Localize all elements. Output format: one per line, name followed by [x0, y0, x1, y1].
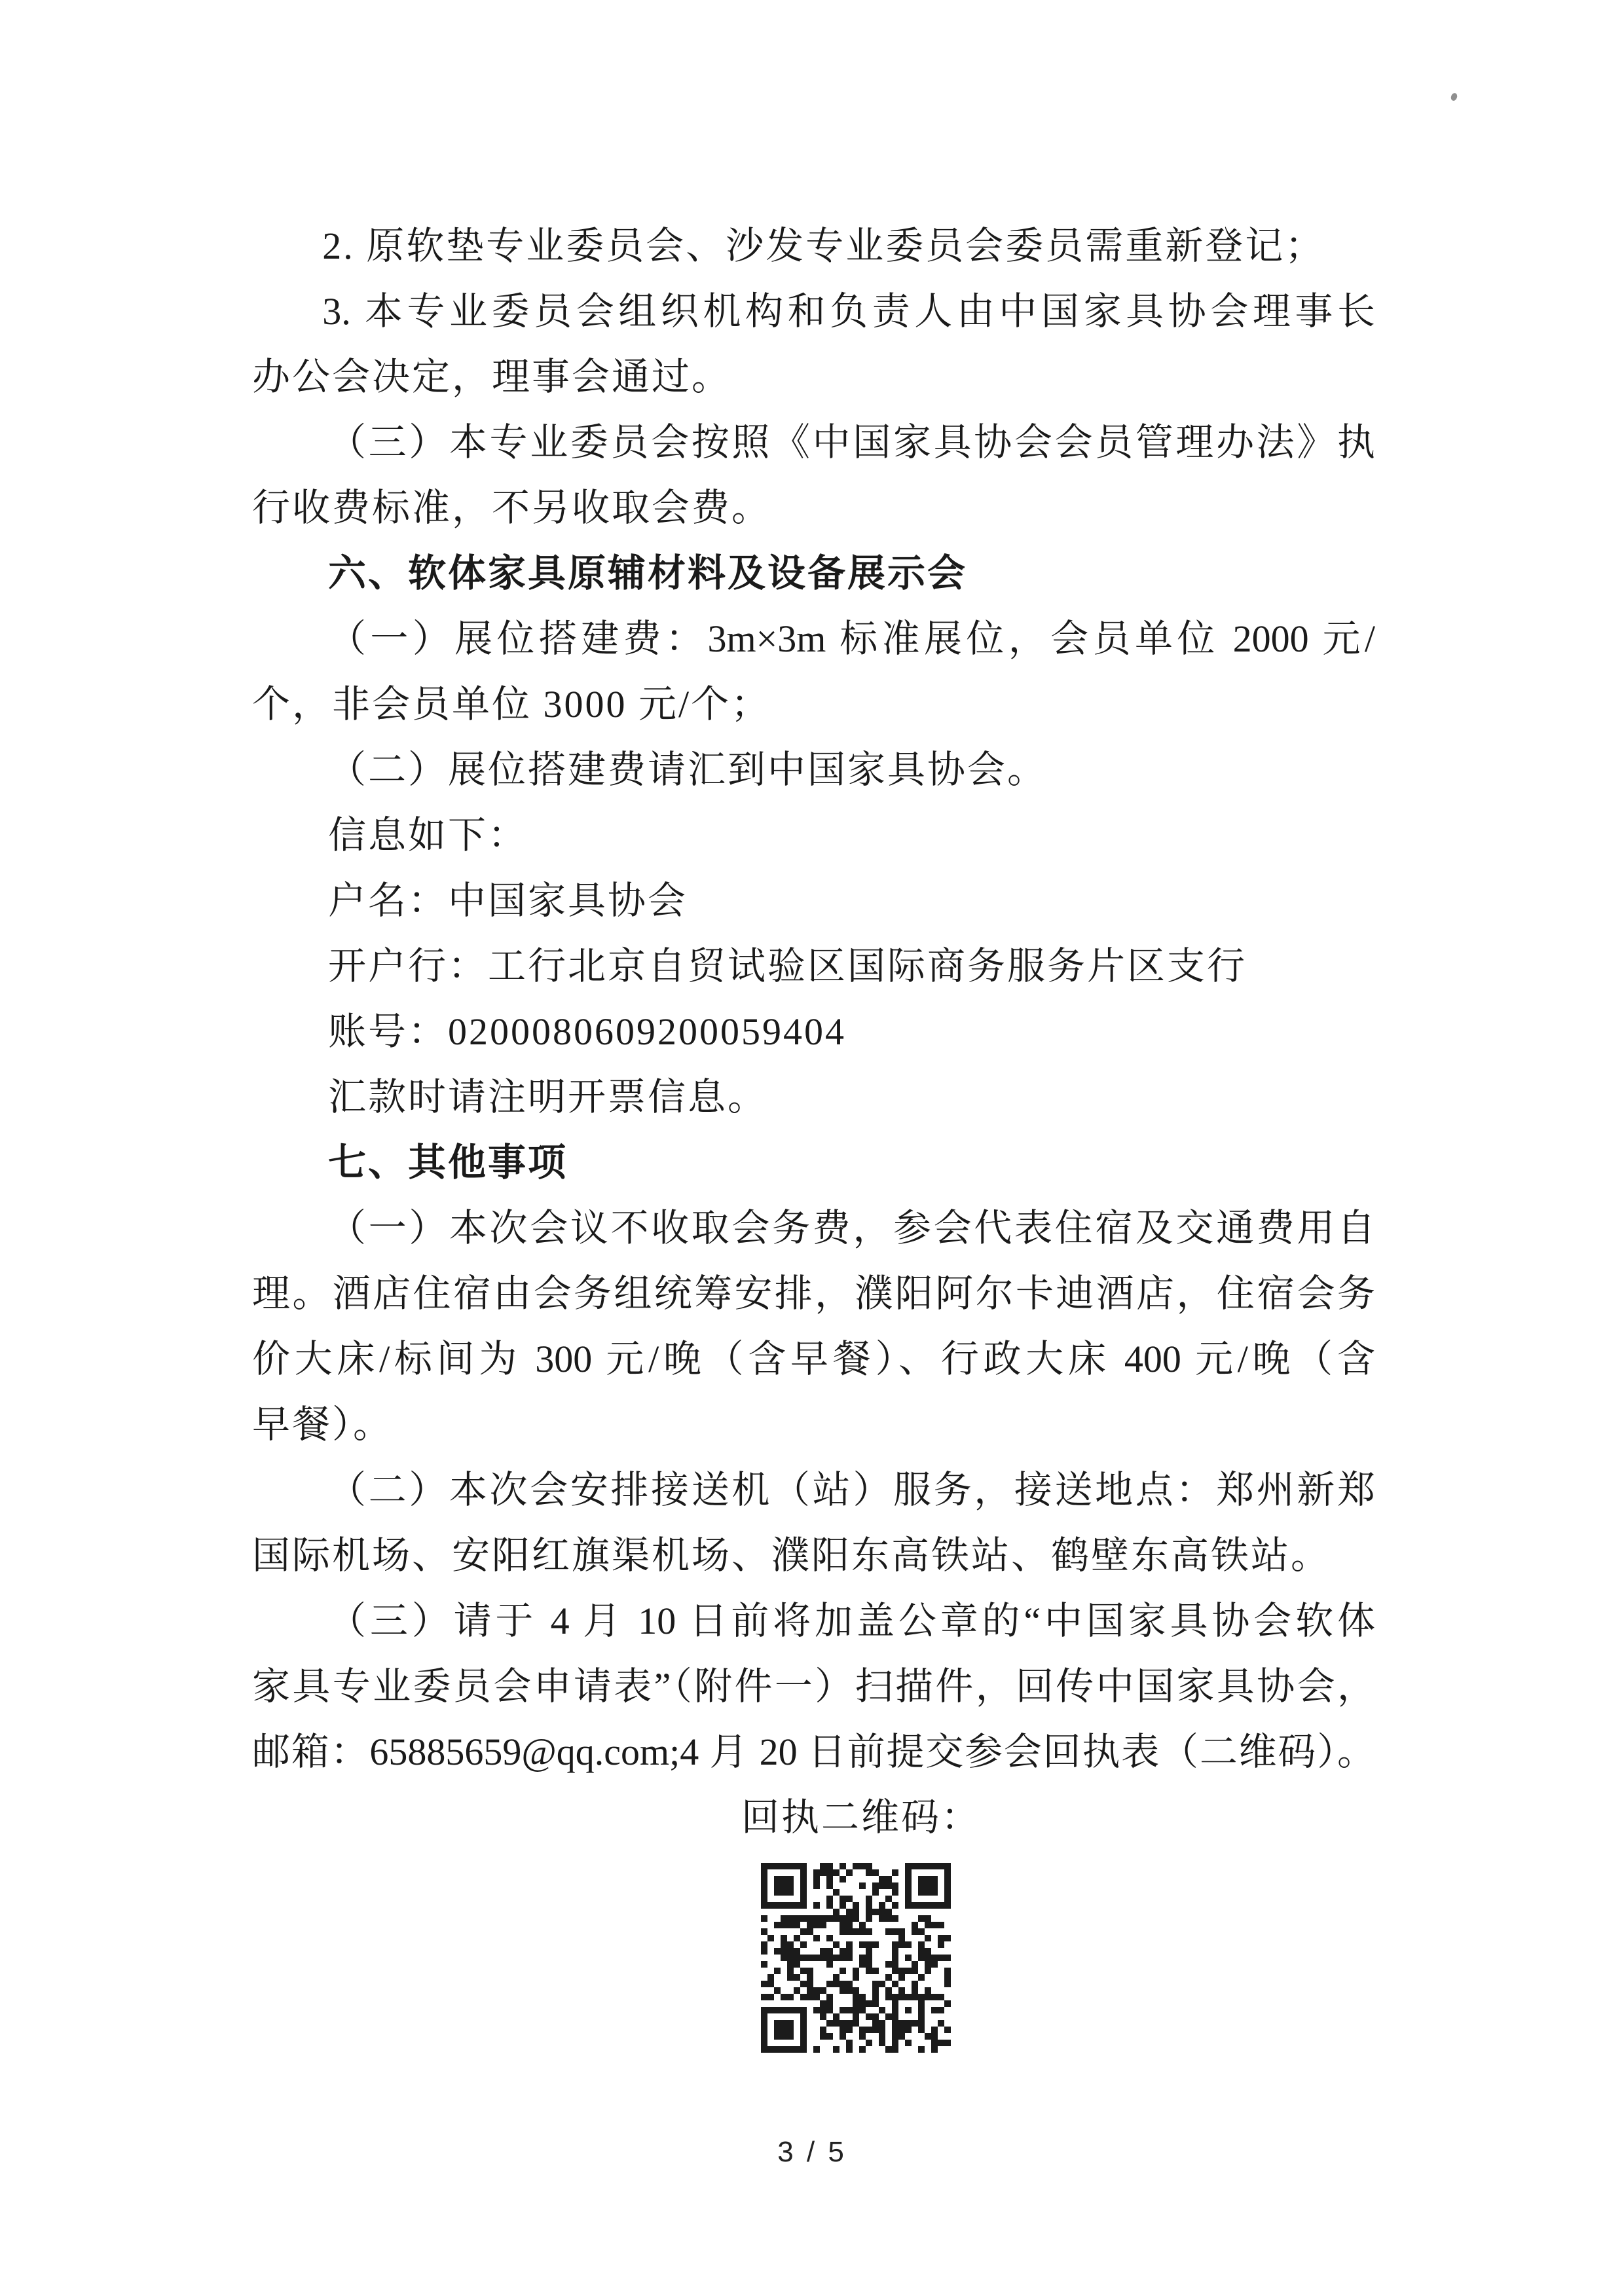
document-body: 2. 原软垫专业委员会、沙发专业委员会委员需重新登记；3. 本专业委员会组织机构…	[252, 213, 1375, 2053]
text-line: 价大床/标间为 300 元/晚（含早餐）、行政大床 400 元/晚（含	[252, 1327, 1375, 1392]
text-line: （三）本专业委员会按照《中国家具协会会员管理办法》执	[252, 410, 1375, 475]
text-line: 家具专业委员会申请表”（附件一）扫描件，回传中国家具协会，	[252, 1654, 1375, 1719]
text-line: 户名：中国家具协会	[252, 868, 1375, 934]
text-line: 邮箱：65885659@qq.com;4 月 20 日前提交参会回执表（二维码）…	[252, 1719, 1375, 1785]
qr-code	[761, 1863, 951, 2053]
text-line: 开户行：工行北京自贸试验区国际商务服务片区支行	[252, 934, 1375, 999]
text-line: 个，非会员单位 3000 元/个；	[252, 672, 1375, 737]
scan-artifact-dot	[1450, 92, 1458, 101]
text-line: 国际机场、安阳红旗渠机场、濮阳东高铁站、鹤壁东高铁站。	[252, 1523, 1375, 1588]
text-line: （三）请于 4 月 10 日前将加盖公章的“中国家具协会软体	[252, 1588, 1375, 1654]
text-line: 3. 本专业委员会组织机构和负责人由中国家具协会理事长	[252, 279, 1375, 344]
text-line: （二）本次会安排接送机（站）服务，接送地点：郑州新郑	[252, 1458, 1375, 1523]
page-number: 3 / 5	[0, 2136, 1624, 2169]
document-page: 2. 原软垫专业委员会、沙发专业委员会委员需重新登记；3. 本专业委员会组织机构…	[0, 0, 1624, 2295]
text-line: 早餐）。	[252, 1392, 1375, 1458]
text-line: 账号：0200080609200059404	[252, 999, 1375, 1065]
heading-line: 六、软体家具原辅材料及设备展示会	[252, 541, 1375, 606]
text-line: 信息如下：	[252, 803, 1375, 868]
text-line: （一）本次会议不收取会务费，参会代表住宿及交通费用自	[252, 1196, 1375, 1261]
text-line: 汇款时请注明开票信息。	[252, 1065, 1375, 1130]
text-line: （二）展位搭建费请汇到中国家具协会。	[252, 737, 1375, 803]
text-line: 理。酒店住宿由会务组统筹安排，濮阳阿尔卡迪酒店，住宿会务	[252, 1261, 1375, 1327]
text-line: （一）展位搭建费：3m×3m 标准展位，会员单位 2000 元/	[252, 606, 1375, 672]
text-line: 2. 原软垫专业委员会、沙发专业委员会委员需重新登记；	[252, 213, 1375, 279]
text-line: 办公会决定，理事会通过。	[252, 344, 1375, 410]
heading-line: 七、其他事项	[252, 1130, 1375, 1196]
text-line: 行收费标准，不另收取会费。	[252, 475, 1375, 541]
qr-caption: 回执二维码：	[741, 1785, 1375, 1850]
